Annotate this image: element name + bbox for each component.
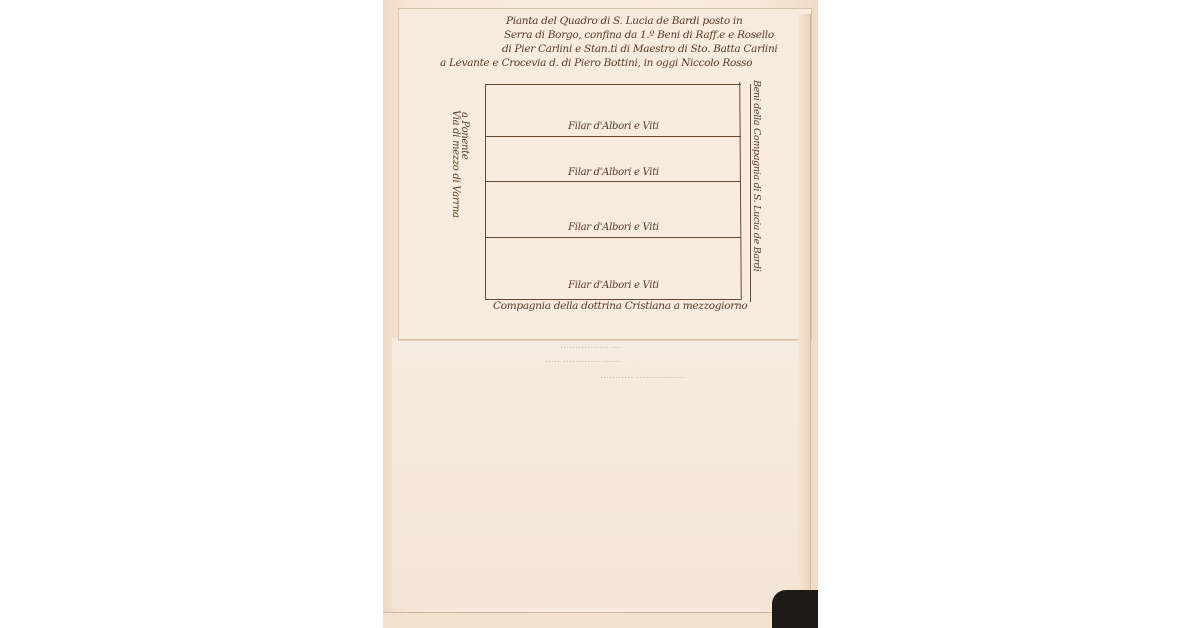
row-divider [486, 136, 741, 137]
title-line: Pianta del Quadro di S. Lucia de Bardi p… [440, 14, 780, 28]
bleed-through-text: ... ................ [560, 340, 620, 351]
title-line: a Levante e Crocevia d. di Piero Bottini… [440, 56, 780, 70]
bleed-through-text: ................ ........... [600, 370, 685, 381]
row-divider [486, 237, 741, 238]
row-divider [486, 181, 741, 182]
bleed-through-text: ...... ............ ..... [545, 354, 621, 365]
row-label: Filar d'Albori e Viti [486, 167, 741, 178]
title-line: di Pier Carlini e Stan.ti di Maestro di … [440, 42, 780, 56]
bottom-boundary-label: Compagnia della dottrina Cristiana a mez… [493, 300, 747, 312]
plot-plan: Filar d'Albori e Viti Filar d'Albori e V… [485, 84, 741, 300]
title-inscription: Pianta del Quadro di S. Lucia de Bardi p… [440, 14, 780, 70]
page-edge-curl [798, 14, 811, 612]
title-line: Serra di Borgo, confina da 1.º Beni di R… [440, 28, 780, 42]
row-label: Filar d'Albori e Viti [486, 280, 741, 291]
left-boundary-label-2: a Ponente [459, 112, 470, 160]
page-bottom-edge [383, 612, 778, 628]
row-label: Filar d'Albori e Viti [486, 222, 741, 233]
document-viewer: Pianta del Quadro di S. Lucia de Bardi p… [0, 0, 1200, 628]
binding-shadow [772, 590, 818, 628]
row-label: Filar d'Albori e Viti [486, 121, 741, 132]
right-boundary-label: Beni della Compagnia di S. Lucia de Bard… [751, 80, 762, 271]
